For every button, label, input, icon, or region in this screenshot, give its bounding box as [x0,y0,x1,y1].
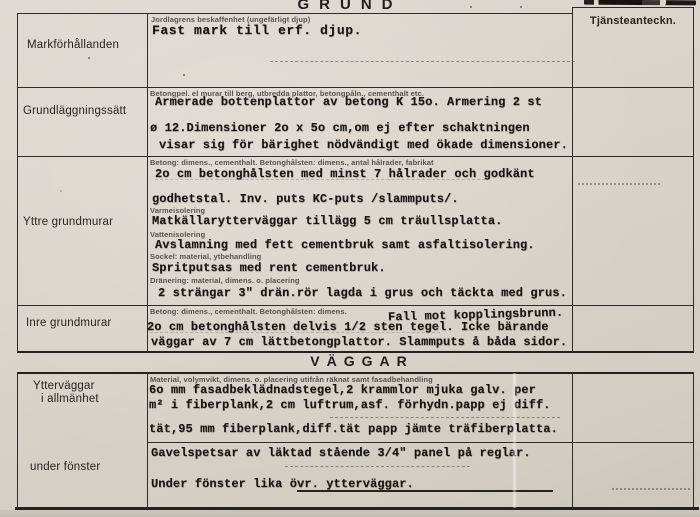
paper-bottom-edge [0,510,700,517]
typed-entry-markforhallanden: Fast mark till erf. djup. [152,23,362,38]
table-border-row1-bottom [17,87,694,88]
row-label-under-fonster: under fönster [30,461,100,473]
typed-entry-yttre-dranering: 2 strängar 3" drän.rör lagda i grus och … [158,286,567,300]
typed-entry-yttervaggar-1: 6o mm fasadbeklädnadstegel,2 krammlor mj… [149,383,536,397]
typed-entry-yttre-sockel: Spritputsas med rent cementbruk. [152,261,386,275]
typed-entry-under-fonster-1: Gavelspetsar av läktad stående 3/4" pane… [151,446,531,460]
row-label-grundlaggningssatt: Grundläggningssätt [23,105,126,117]
typed-entry-yttre-betong-2: godhetstal. Inv. puts KC-puts /slammputs… [152,192,459,206]
typed-entry-yttervaggar-2: m² i fiberplank,2 cm luftrum,asf. förhyd… [149,398,551,412]
typed-entry-yttre-varme: Matkällarytterväggar tillägg 5 cm träull… [152,214,502,228]
table-border-grund-bottom [17,351,694,353]
typed-entry-grundlaggning-3: visar sig för bärighet nödvändigt med ök… [159,138,568,152]
typed-entry-grundlaggning-1: Armerade bottenplattor av betong K 15o. … [155,95,542,109]
table-border-grund-right [693,7,694,352]
table-border-vaggar-label-divider [147,372,148,508]
table-border-grund-top [17,13,573,14]
dotted-ruling-notes-2 [612,488,690,490]
field-caption-dranering: Dränering: material, dimens. o. placerin… [150,276,300,285]
table-border-vaggar-right [693,372,694,508]
paper-crease [512,373,517,508]
dotted-ruling-yttre [155,179,485,180]
paper-speck [183,74,185,76]
typed-entry-under-fonster-2: Under fönster lika övr. ytterväggar. [151,477,414,491]
table-border-vaggar-left [17,372,18,508]
dotted-ruling-row5 [330,417,560,418]
table-border-notesbox-top [572,7,694,8]
paper-speck [88,57,90,59]
scanned-form-page: GRUND VÄGGAR Tjänsteanteckn. Markförhåll… [0,0,700,517]
typed-entry-grundlaggning-2: ø 12.Dimensioner 2o x 5o cm,om ej efter … [150,121,530,135]
row-label-yttre-grundmurar: Yttre grundmurar [23,216,113,228]
table-border-grund-left [17,13,18,352]
section-title-grund: GRUND [240,0,460,13]
table-border-grund-label-divider [147,13,148,352]
paper-speck [60,190,62,192]
field-caption-betong-inre: Betong: dimens., cementhalt. Betonghålst… [150,307,347,316]
table-border-vaggar-notes-divider [572,372,573,508]
paper-speck [470,6,472,8]
section-title-vaggar: VÄGGAR [262,353,462,369]
typed-entry-inre-2: väggar av 7 cm lättbetongplattor. Slammp… [151,335,567,349]
table-border-grund-notes-divider [572,7,573,352]
dotted-ruling-inre [150,332,440,333]
cutoff-text-smudge [584,0,696,5]
typed-entry-yttre-vatten: Avslamning med fett cementbruk samt asfa… [155,238,535,252]
field-caption-sockel: Sockel: material, ytbehandling [150,252,261,261]
dotted-ruling-row6 [285,466,470,467]
notes-column-header: Tjänsteanteckn. [574,15,692,27]
paper-speck [520,6,522,8]
table-border-row3-bottom [17,305,694,306]
table-border-row5-bottom [147,442,694,443]
table-border-row2-bottom [17,156,694,157]
dotted-ruling-notes-1 [578,183,660,185]
field-caption-betong-yttre: Betong: dimens., cementhalt. Betonghålst… [150,158,434,167]
row-label-yttervaggar-2: i allmänhet [41,393,99,405]
row-label-yttervaggar: Ytterväggar [33,380,95,392]
table-border-vaggar-top [17,372,694,374]
row-label-inre-grundmurar: Inre grundmurar [26,317,111,329]
dotted-ruling-row1 [270,61,575,62]
typed-entry-yttervaggar-3: tät,95 mm fiberplank,diff.tät papp jämte… [149,422,558,436]
row-label-markforhallanden: Markförhållanden [27,39,119,51]
